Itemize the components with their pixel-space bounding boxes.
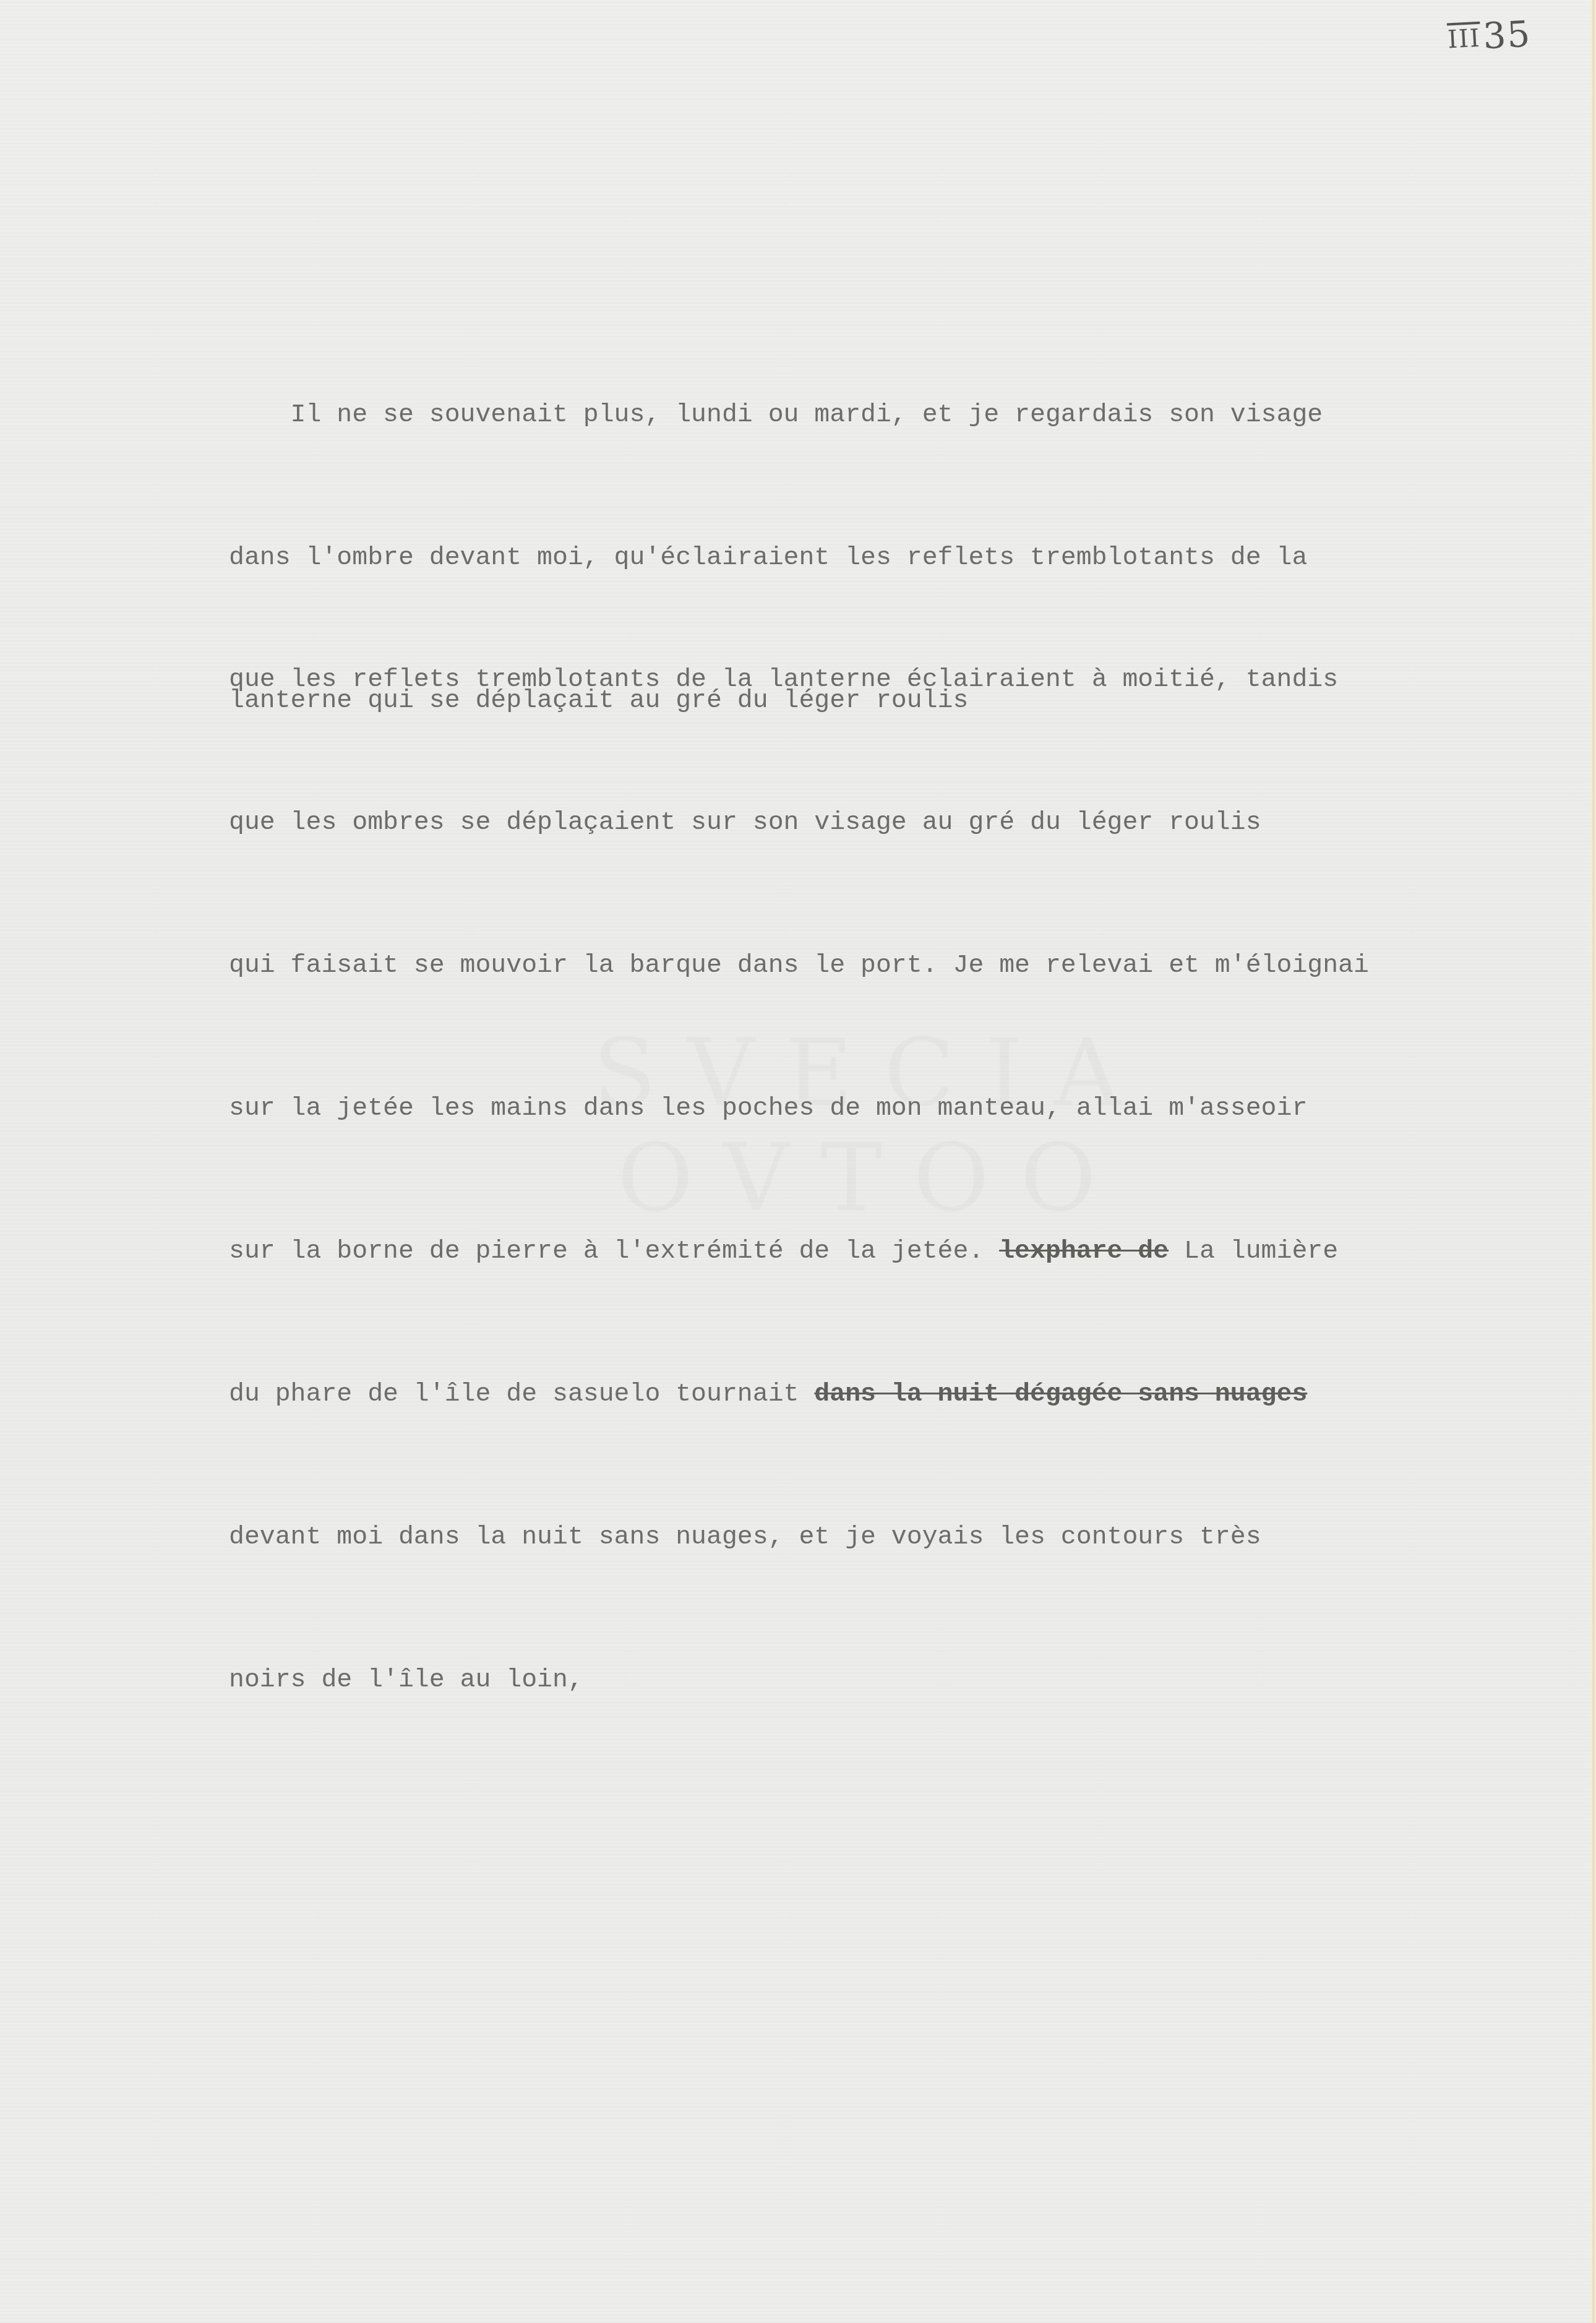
text-line-with-strikeout: sur la borne de pierre à l'extrémité de … (229, 1227, 1369, 1275)
page-number-roman: III (1447, 24, 1482, 54)
text-line: Il ne se souvenait plus, lundi ou mardi,… (229, 391, 1323, 439)
text-line: qui faisait se mouvoir la barque dans le… (229, 942, 1369, 989)
paragraph-2: que les reflets tremblotants de la lante… (229, 560, 1369, 1751)
text-line-with-strikeout: du phare de l'île de sasuelo tournait da… (229, 1370, 1369, 1418)
text-line: que les ombres se déplaçaient sur son vi… (229, 799, 1369, 846)
text-line: que les reflets tremblotants de la lante… (229, 656, 1369, 703)
text-line: noirs de l'île au loin, (229, 1656, 1369, 1704)
text-segment: du phare de l'île de sasuelo tournait (229, 1380, 814, 1409)
text-segment: sur la borne de pierre à l'extrémité de … (229, 1237, 999, 1266)
page-number: III35 (1446, 13, 1532, 59)
page-edge (1591, 0, 1596, 2323)
text-line: devant moi dans la nuit sans nuages, et … (229, 1513, 1369, 1561)
text-segment: La lumière (1169, 1237, 1338, 1266)
page-number-arabic: 35 (1482, 13, 1532, 58)
struck-out-text: lexphare de (999, 1237, 1169, 1266)
text-line: sur la jetée les mains dans les poches d… (229, 1084, 1369, 1132)
struck-out-text: dans la nuit dégagée sans nuages (814, 1380, 1307, 1409)
